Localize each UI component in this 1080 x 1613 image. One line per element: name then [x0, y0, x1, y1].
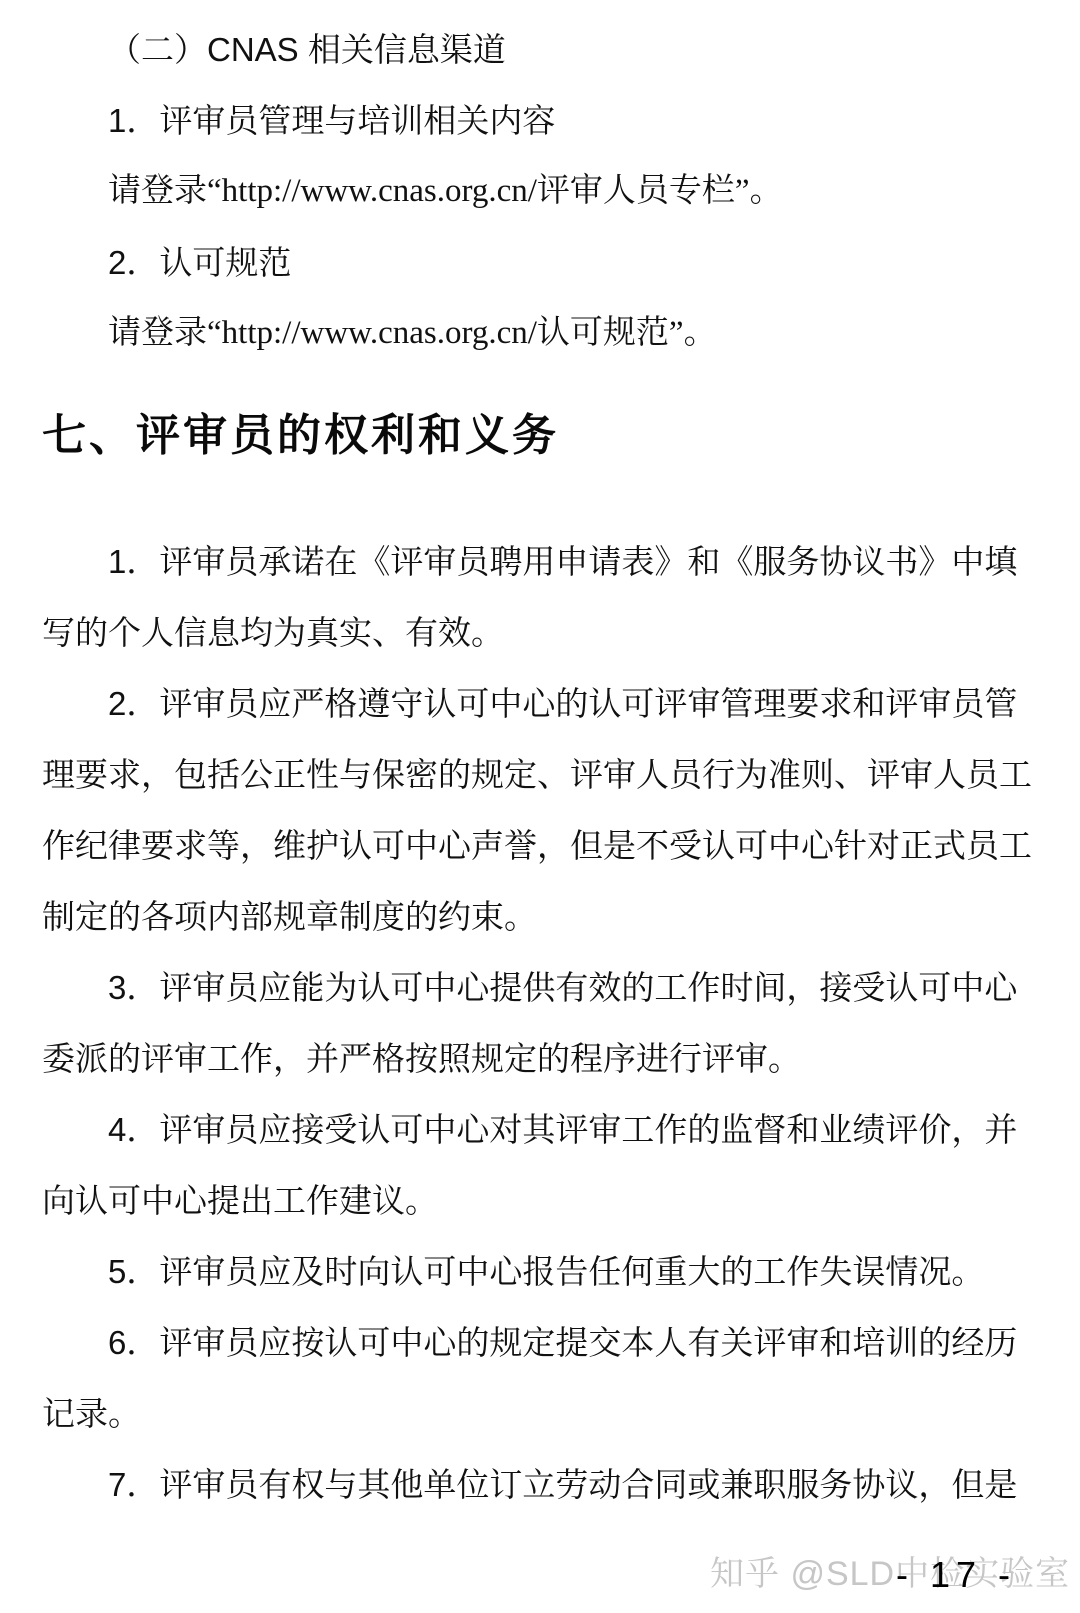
section-heading: 七、评审员的权利和义务 — [42, 400, 1080, 471]
paragraph-4-line-2: 向认可中心提出工作建议。 — [42, 1165, 1080, 1236]
item-2-url-line: 请登录“http://www.cnas.org.cn/认可规范”。 — [42, 298, 1080, 369]
paragraph-2-line-4: 制定的各项内部规章制度的约束。 — [42, 881, 1080, 952]
paragraph-2-line-3: 作纪律要求等，维护认可中心声誉，但是不受认可中心针对正式员工 — [42, 810, 1080, 881]
paragraph-3-line-1: 3．评审员应能为认可中心提供有效的工作时间，接受认可中心 — [42, 952, 1080, 1023]
subsection-heading: （二）CNAS 相关信息渠道 — [42, 14, 1080, 85]
paragraph-2-line-1: 2．评审员应严格遵守认可中心的认可评审管理要求和评审员管 — [42, 668, 1080, 739]
document-content: （二）CNAS 相关信息渠道 1．评审员管理与培训相关内容 请登录“http:/… — [0, 0, 1080, 1520]
paragraph-3-line-2: 委派的评审工作，并严格按照规定的程序进行评审。 — [42, 1023, 1080, 1094]
paragraph-1-line-2: 写的个人信息均为真实、有效。 — [42, 597, 1080, 668]
item-1-url-line: 请登录“http://www.cnas.org.cn/评审人员专栏”。 — [42, 156, 1080, 227]
item-2-title: 2．认可规范 — [42, 227, 1080, 298]
item-1-title: 1．评审员管理与培训相关内容 — [42, 85, 1080, 156]
paragraph-2-line-2: 理要求，包括公正性与保密的规定、评审人员行为准则、评审人员工 — [42, 739, 1080, 810]
paragraph-4-line-1: 4．评审员应接受认可中心对其评审工作的监督和业绩评价，并 — [42, 1094, 1080, 1165]
paragraph-6-line-2: 记录。 — [42, 1378, 1080, 1449]
paragraph-7-line-1: 7．评审员有权与其他单位订立劳动合同或兼职服务协议，但是 — [42, 1449, 1080, 1520]
document-page: （二）CNAS 相关信息渠道 1．评审员管理与培训相关内容 请登录“http:/… — [0, 0, 1080, 1613]
paragraph-1-line-1: 1．评审员承诺在《评审员聘用申请表》和《服务协议书》中填 — [42, 526, 1080, 597]
paragraph-5-line-1: 5．评审员应及时向认可中心报告任何重大的工作失误情况。 — [42, 1236, 1080, 1307]
page-number: - 17 - — [896, 1554, 1016, 1596]
zhihu-watermark: 知乎 @SLD中检实验室 — [710, 1546, 1070, 1595]
paragraph-6-line-1: 6．评审员应按认可中心的规定提交本人有关评审和培训的经历 — [42, 1307, 1080, 1378]
